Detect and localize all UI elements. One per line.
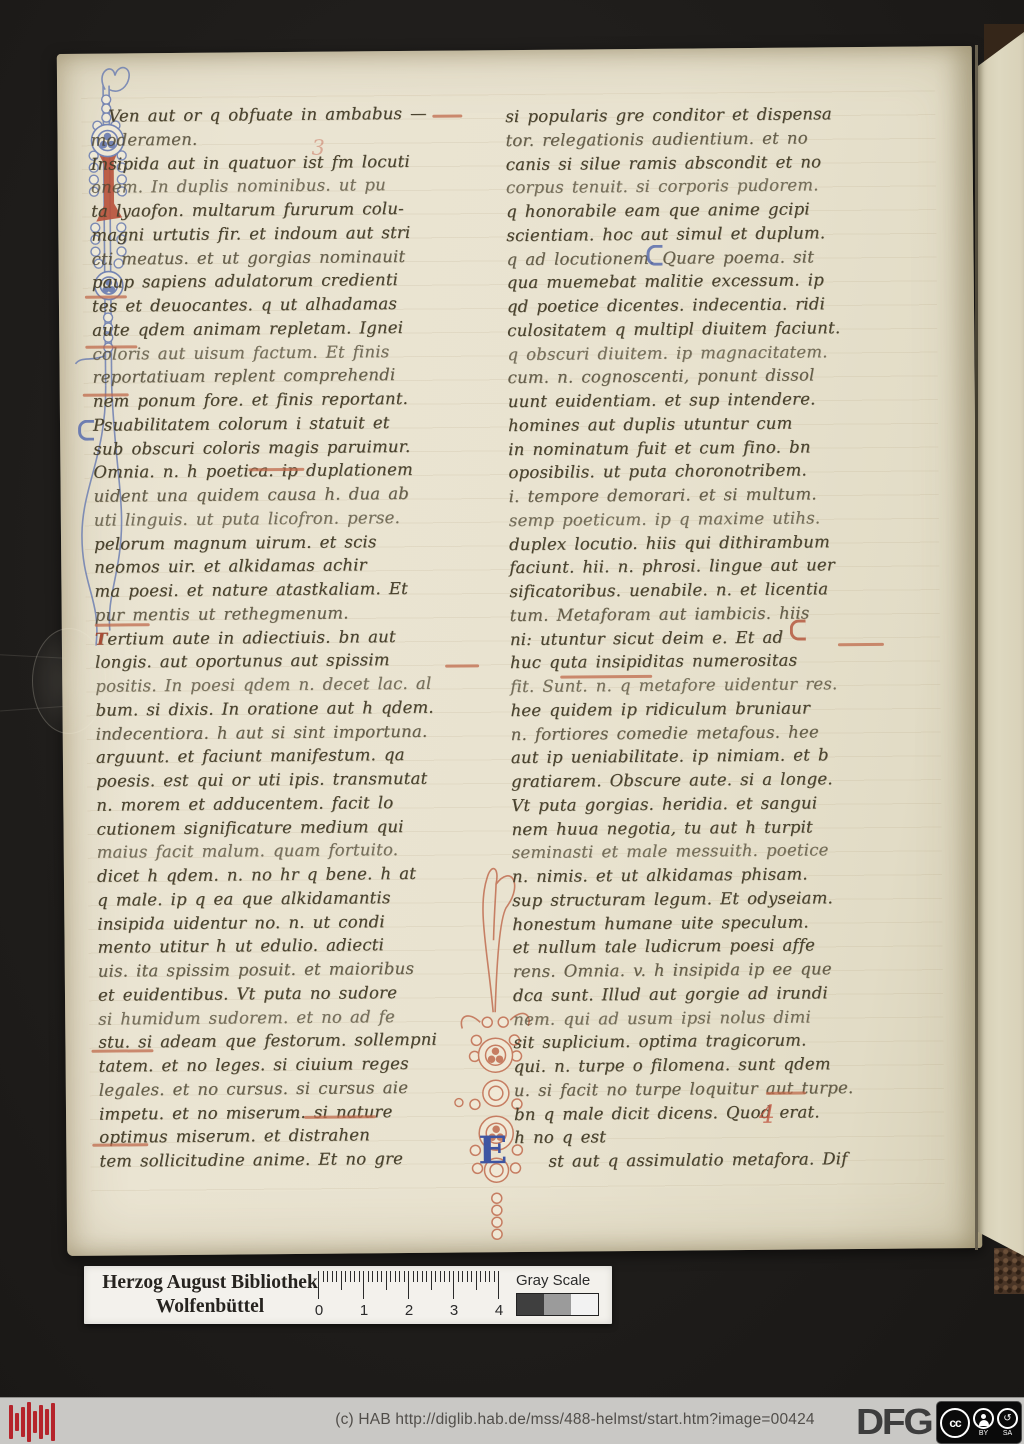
manuscript-line: tatem. et no leges. si ciuium reges (99, 1051, 479, 1078)
hab-logo-bar (21, 1407, 25, 1437)
ruler-tick (422, 1271, 423, 1282)
manuscript-line: seminasti et male messuith. poetice (512, 838, 892, 865)
manuscript-line: Est aut q assimulatio metafora. Dif (548, 1147, 894, 1174)
manuscript-line: pur mentis ut rethegmenum. (95, 600, 475, 627)
ruler-tick (354, 1271, 355, 1282)
manuscript-line: faciunt. hii. n. phrosi. lingue aut uer (509, 553, 889, 580)
manuscript-line: duplex locutio. hiis qui dithirambum (509, 529, 889, 556)
manuscript-line: legales. et no cursus. si cursus aie (99, 1075, 479, 1102)
ruler-tick (485, 1271, 486, 1282)
ruler-tick (404, 1271, 405, 1282)
hab-logo-bar (33, 1411, 37, 1433)
manuscript-line: stu. si adeam que festorum. sollempni (98, 1028, 478, 1055)
rubrication-mark (432, 114, 462, 117)
manuscript-line: nem. qui ad usum ipsi nolus dimi (513, 1004, 893, 1031)
manuscript-line: si humidum sudorem. et no ad fe (98, 1004, 478, 1031)
manuscript-line: positis. In poesi qdem n. decet lac. al (95, 671, 475, 698)
manuscript-line: in nominatum fuit et cum fino. bn (508, 434, 888, 461)
manuscript-line: impetu. et no miserum. si nature (99, 1099, 479, 1126)
manuscript-line: magni urtutis fir. et indoum aut stri (91, 220, 471, 247)
manuscript-line: q male. ip q ea que alkidamantis (97, 885, 477, 912)
manuscript-line: u. si facit no turpe loquitur aut turpe. (514, 1076, 894, 1103)
manuscript-line: Vt puta gorgias. heridia. et sangui (511, 791, 891, 818)
ruler-tick-label: 2 (402, 1302, 416, 1319)
manuscript-line: insipida uidentur no. n. ut condi (97, 909, 477, 936)
ruler-tick (323, 1271, 324, 1282)
cc-sa-label: SA (1003, 1430, 1012, 1438)
manuscript-line: cum. n. cognoscenti, ponunt dissol (508, 363, 888, 390)
ruler-tick (435, 1271, 436, 1282)
manuscript-line: h no q est (514, 1123, 894, 1150)
manuscript-line: Ven aut or q obfuate in ambabus — (108, 101, 470, 128)
ruler-tick (372, 1271, 373, 1282)
manuscript-line: ta lyaofon. multarum fururum colu- (91, 196, 471, 223)
rubrication-mark (83, 393, 129, 396)
manuscript-page: Ven aut or q obfuate in ambabus —moderam… (57, 46, 982, 1256)
manuscript-line: ni: utuntur sicut deim e. Et ad (510, 624, 890, 651)
manuscript-line: bn q male dicit dicens. Quod erat. (514, 1099, 894, 1126)
ruler-tick (368, 1271, 369, 1282)
ruler-tick (390, 1271, 391, 1282)
ruler-tick (318, 1271, 319, 1299)
rubrication-mark (838, 643, 884, 646)
gray-scale-patch (544, 1294, 571, 1315)
manuscript-line: tem sollicitudine anime. Et no gre (99, 1146, 479, 1173)
manuscript-line: Omnia. n. h poetica. ip duplationem (93, 458, 473, 485)
marginal-numeral-3: 3 (311, 136, 325, 160)
manuscript-line: maius facit malum. quam fortuito. (97, 838, 477, 865)
marginal-numeral-4: 4 (759, 1100, 775, 1129)
ruler-tick (377, 1271, 378, 1282)
manuscript-line: et euidentibus. Vt puta no sudore (98, 980, 478, 1007)
ruler-tick (440, 1271, 441, 1282)
manuscript-line: aute qdem animam repletam. Ignei (92, 315, 472, 342)
binding-edge-bottom (994, 1248, 1024, 1294)
manuscript-line: sit suplicium. optima tragicorum. (513, 1028, 893, 1055)
gray-scale-patches (516, 1293, 599, 1316)
manuscript-line: canis si silue ramis abscondit et no (506, 149, 886, 176)
hab-logo-bar (15, 1413, 19, 1431)
manuscript-line: ma poesi. et nature atastkaliam. Et (94, 576, 474, 603)
ruler-tick (332, 1271, 333, 1282)
ruler-tick (494, 1271, 495, 1282)
copyright-text: (c) HAB http://diglib.hab.de/mss/488-hel… (335, 1411, 815, 1429)
ruler-tick-label: 3 (447, 1302, 461, 1319)
facing-page-edge (978, 32, 1024, 1260)
coloured-initial: E (478, 1138, 507, 1162)
ruler-tick (413, 1271, 414, 1282)
blue-paraph-mark (78, 420, 94, 441)
manuscript-line: nem huua negotia, tu aut h turpit (511, 814, 891, 841)
manuscript-line: scientiam. hoc aut simul et duplum. (506, 221, 886, 248)
manuscript-line: q ad locutionem. Quare poema. sit (506, 244, 886, 271)
ruler-tick (426, 1271, 427, 1282)
rubrication-mark (85, 295, 127, 298)
manuscript-line: hee quidem ip ridiculum bruniaur (510, 696, 890, 723)
manuscript-line: q honorabile eam que anime gcipi (506, 197, 886, 224)
cc-license-badge: cc BY ↺ SA (936, 1401, 1022, 1444)
rubrication-mark (91, 1049, 153, 1052)
manuscript-line: q obscuri diuitem. ip magnacitatem. (507, 339, 887, 366)
cc-by-label: BY (979, 1430, 988, 1438)
gray-scale-patch (571, 1294, 598, 1315)
institution-line1: Herzog August Bibliothek (92, 1271, 328, 1295)
ruler-strip: Herzog August Bibliothek Wolfenbüttel 01… (84, 1266, 612, 1324)
manuscript-line: Tertium aute in adiectiuis. bn aut (95, 624, 475, 651)
ruler-tick (386, 1271, 387, 1290)
manuscript-line: dca sunt. Illud aut gorgie ad irundi (513, 981, 893, 1008)
manuscript-line: oposibilis. ut puta choronotribem. (508, 458, 888, 485)
ruler-tick (462, 1271, 463, 1282)
hab-logo-bar (9, 1405, 13, 1439)
caption-bar: (c) HAB http://diglib.hab.de/mss/488-hel… (0, 1397, 1024, 1444)
hab-logo-bar (27, 1402, 31, 1442)
gray-scale-label: Gray Scale (516, 1272, 590, 1289)
manuscript-line: cutionem significature medium qui (96, 814, 476, 841)
manuscript-line: longis. aut oportunus aut spissim (95, 648, 475, 675)
manuscript-line: indecentiora. h aut si sint importuna. (96, 719, 476, 746)
ruler-tick-label: 4 (492, 1302, 506, 1319)
text-column-right: si popularis gre conditor et dispensator… (505, 102, 894, 1174)
manuscript-line: paup sapiens adulatorum credienti (92, 268, 472, 295)
rubrication-mark (766, 1092, 806, 1095)
blue-paraph-mark (646, 245, 662, 266)
hab-logo-bar (51, 1403, 55, 1441)
digitized-manuscript-scan: Ven aut or q obfuate in ambabus —moderam… (0, 0, 1024, 1444)
manuscript-line: sup structuram legum. Et odyseiam. (512, 886, 892, 913)
manuscript-line: sificatoribus. uenabile. n. et licentia (509, 577, 889, 604)
ruler-tick (471, 1271, 472, 1282)
cc-sa-icon: ↺ SA (997, 1408, 1018, 1438)
manuscript-line: qui. n. turpe o filomena. sunt qdem (514, 1052, 894, 1079)
glass-clamp-glare (32, 628, 106, 734)
ruler-tick (341, 1271, 342, 1290)
ruler-tick (408, 1271, 409, 1299)
manuscript-line: qua muemebat malitie excessum. ip (507, 268, 887, 295)
manuscript-line: mento utitur h ut edulio. adiecti (97, 933, 477, 960)
hab-logo (9, 1402, 61, 1441)
manuscript-line: nem ponum fore. et finis reportant. (93, 386, 473, 413)
ruler-tick (458, 1271, 459, 1282)
manuscript-line: pelorum magnum uirum. et scis (94, 529, 474, 556)
manuscript-line: sub obscuri coloris magis paruimur. (93, 434, 473, 461)
ruler-tick (345, 1271, 346, 1282)
text-column-left: Ven aut or q obfuate in ambabus —moderam… (90, 101, 479, 1173)
manuscript-line: onem. In duplis nominibus. ut pu (91, 173, 471, 200)
ruler-tick (480, 1271, 481, 1282)
manuscript-line: cti meatus. et ut gorgias nominauit (91, 244, 471, 271)
hab-logo-bar (39, 1405, 43, 1439)
gray-scale-patch (517, 1294, 544, 1315)
ruler-scale: 01234 (318, 1271, 508, 1319)
rubrication-mark (85, 345, 137, 348)
manuscript-line: homines aut duplis utuntur cum (508, 411, 888, 438)
manuscript-line: si popularis gre conditor et dispensa (505, 102, 885, 129)
ruler-tick (350, 1271, 351, 1282)
manuscript-line: semp poeticum. ip q maxime utihs. (509, 506, 889, 533)
ruler-tick (444, 1271, 445, 1282)
manuscript-line: poesis. est qui or uti ipis. transmutat (96, 766, 476, 793)
ruler-tick (431, 1271, 432, 1290)
ruler-tick (476, 1271, 477, 1290)
manuscript-line: Psuabilitatem colorum i statuit et (93, 410, 473, 437)
manuscript-line: uunt euidentiam. et sup intendere. (508, 387, 888, 414)
rubrication-mark (445, 664, 479, 667)
ruler-tick (359, 1271, 360, 1282)
manuscript-line: tor. relegationis audientium. et no (505, 126, 885, 153)
cc-icon: cc (940, 1408, 970, 1438)
ruler-tick (363, 1271, 364, 1299)
manuscript-line: rens. Omnia. v. h insipida ip ee que (513, 957, 893, 984)
manuscript-line: qd poetice dicentes. indecentia. ridi (507, 292, 887, 319)
ruler-tick (417, 1271, 418, 1282)
ruler-tick (395, 1271, 396, 1282)
manuscript-line: Insipida aut in quatuor ist fm locuti (91, 149, 471, 176)
ruler-tick-label: 1 (357, 1302, 371, 1319)
ruler-tick (381, 1271, 382, 1282)
rubrication-mark (248, 468, 304, 471)
rubrication-layer (57, 46, 972, 54)
institution-line2: Wolfenbüttel (92, 1295, 328, 1319)
dfg-logo: DFG (856, 1401, 932, 1443)
ruler-tick (467, 1271, 468, 1282)
gutter-fold (975, 45, 978, 1250)
manuscript-line: optimus miserum. et distrahen (99, 1123, 479, 1150)
manuscript-line: gratiarem. Obscure aute. si a longe. (511, 767, 891, 794)
manuscript-line: bum. si dixis. In oratione aut h qdem. (95, 695, 475, 722)
ruler-tick (498, 1271, 499, 1299)
ruler-tick (399, 1271, 400, 1282)
rubrication-mark (95, 623, 150, 626)
manuscript-line: moderamen. (90, 125, 470, 152)
manuscript-line: huc quta insipiditas numerositas (510, 648, 890, 675)
manuscript-line: et nullum tale ludicrum poesi affe (512, 933, 892, 960)
ruler-tick-label: 0 (312, 1302, 326, 1319)
ruler-tick (327, 1271, 328, 1282)
rubrication-mark (92, 1143, 148, 1146)
manuscript-line: culositatem q multipl diuitem faciunt. (507, 316, 887, 343)
manuscript-line: uis. ita spissim posuit. et maioribus (98, 956, 478, 983)
manuscript-line: dicet h qdem. n. no hr q bene. h at (97, 861, 477, 888)
manuscript-line: n. morem et adducentem. facit lo (96, 790, 476, 817)
manuscript-line: uident una quidem causa h. dua ab (94, 481, 474, 508)
manuscript-line: n. nimis. et ut alkidamas phisam. (512, 862, 892, 889)
cc-by-icon: BY (973, 1408, 994, 1438)
institution-label: Herzog August Bibliothek Wolfenbüttel (92, 1271, 328, 1319)
manuscript-line: arguunt. et faciunt manifestum. qa (96, 743, 476, 770)
manuscript-line: corpus tenuit. si corporis pudorem. (506, 173, 886, 200)
manuscript-line: neomos uir. et alkidamas achir (94, 553, 474, 580)
manuscript-line: n. fortiores comedie metafous. hee (511, 719, 891, 746)
share-alike-icon: ↺ (997, 1408, 1018, 1429)
manuscript-line: aut ip ueniabilitate. ip nimiam. et b (511, 743, 891, 770)
manuscript-line: tum. Metaforam aut iambicis. hiis (510, 601, 890, 628)
manuscript-line: coloris aut uisum factum. Et finis (92, 339, 472, 366)
ruler-tick (489, 1271, 490, 1282)
manuscript-line: i. tempore demorari. et si multum. (509, 482, 889, 509)
hab-logo-bar (45, 1409, 49, 1435)
manuscript-line: honestum humane uite speculum. (512, 909, 892, 936)
manuscript-line: tes et deuocantes. q ut alhadamas (92, 291, 472, 318)
ruler-tick (336, 1271, 337, 1282)
ruler-tick (449, 1271, 450, 1282)
ruler-tick (453, 1271, 454, 1299)
red-paraph-mark (790, 620, 806, 641)
person-icon (981, 1414, 986, 1419)
manuscript-line: uti linguis. ut puta licofron. perse. (94, 505, 474, 532)
manuscript-line: reportatiuam replent comprehendi (92, 363, 472, 390)
